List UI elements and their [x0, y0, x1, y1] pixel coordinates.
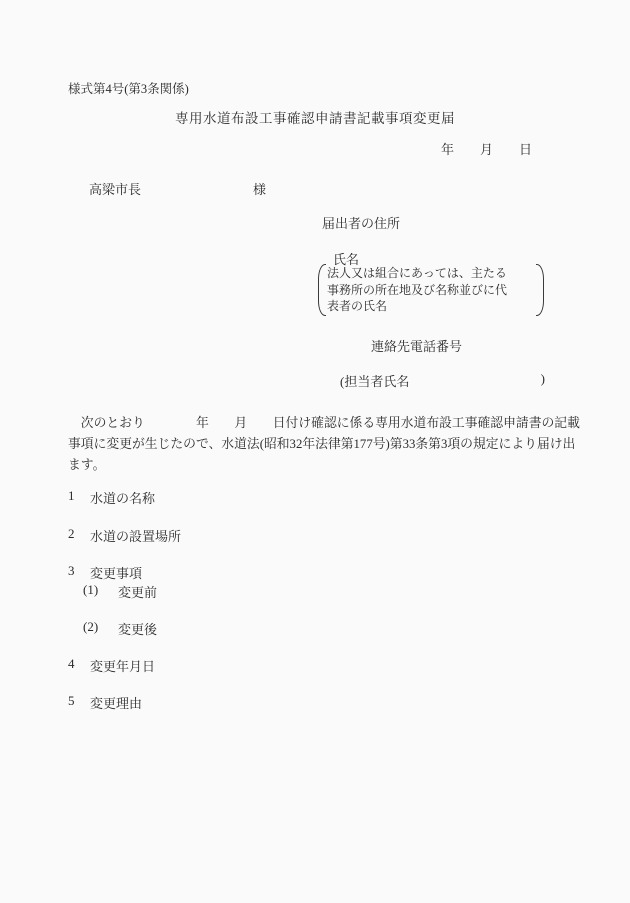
- item-1-number: 1: [68, 488, 75, 504]
- declaration-line-1: 次のとおり 年 月 日付け確認に係る専用水道布設工事確認申請書の記載: [68, 413, 580, 434]
- note-line-3: 表者の氏名: [327, 298, 507, 315]
- declaration-paragraph: 次のとおり 年 月 日付け確認に係る専用水道布設工事確認申請書の記載 事項に変更…: [68, 413, 580, 476]
- form-number: 様式第4号(第3条関係): [68, 79, 189, 97]
- contact-person-label: (担当者氏名: [340, 371, 409, 390]
- sub-item-2-number: (2): [83, 619, 98, 635]
- item-4-number: 4: [68, 656, 75, 672]
- left-parenthesis-shape: [318, 264, 326, 316]
- phone-label: 連絡先電話番号: [371, 336, 462, 355]
- item-2-label: 水道の設置場所: [90, 526, 181, 545]
- item-5-number: 5: [68, 693, 75, 709]
- contact-person-line: (担当者氏名 ): [340, 371, 545, 390]
- item-5-label: 変更理由: [90, 693, 142, 712]
- sub-item-2-label: 変更後: [118, 619, 157, 638]
- date-line: 年 月 日: [441, 139, 532, 158]
- declaration-line-3: ます。: [68, 455, 580, 476]
- note-line-2: 事務所の所在地及び名称並びに代: [327, 282, 507, 299]
- declaration-line-2: 事項に変更が生じたので、水道法(昭和32年法律第177号)第33条第3項の規定に…: [68, 434, 580, 455]
- item-3-label: 変更事項: [90, 563, 142, 582]
- sub-item-1-number: (1): [83, 582, 98, 598]
- item-4-label: 変更年月日: [90, 656, 155, 675]
- addressee: 高梁市長: [89, 179, 141, 198]
- right-parenthesis-shape: [536, 264, 544, 316]
- addressee-honorific: 様: [253, 179, 266, 198]
- contact-person-close-paren: ): [541, 371, 545, 390]
- applicant-address-label: 届出者の住所: [322, 213, 400, 232]
- sub-item-1-label: 変更前: [118, 582, 157, 601]
- item-2-number: 2: [68, 526, 75, 542]
- document-title: 専用水道布設工事確認申請書記載事項変更届: [0, 107, 630, 127]
- item-1-label: 水道の名称: [90, 488, 155, 507]
- note-line-1: 法人又は組合にあっては、主たる: [327, 265, 507, 282]
- corporate-name-note: 法人又は組合にあっては、主たる 事務所の所在地及び名称並びに代 表者の氏名: [318, 264, 544, 316]
- item-3-number: 3: [68, 563, 75, 579]
